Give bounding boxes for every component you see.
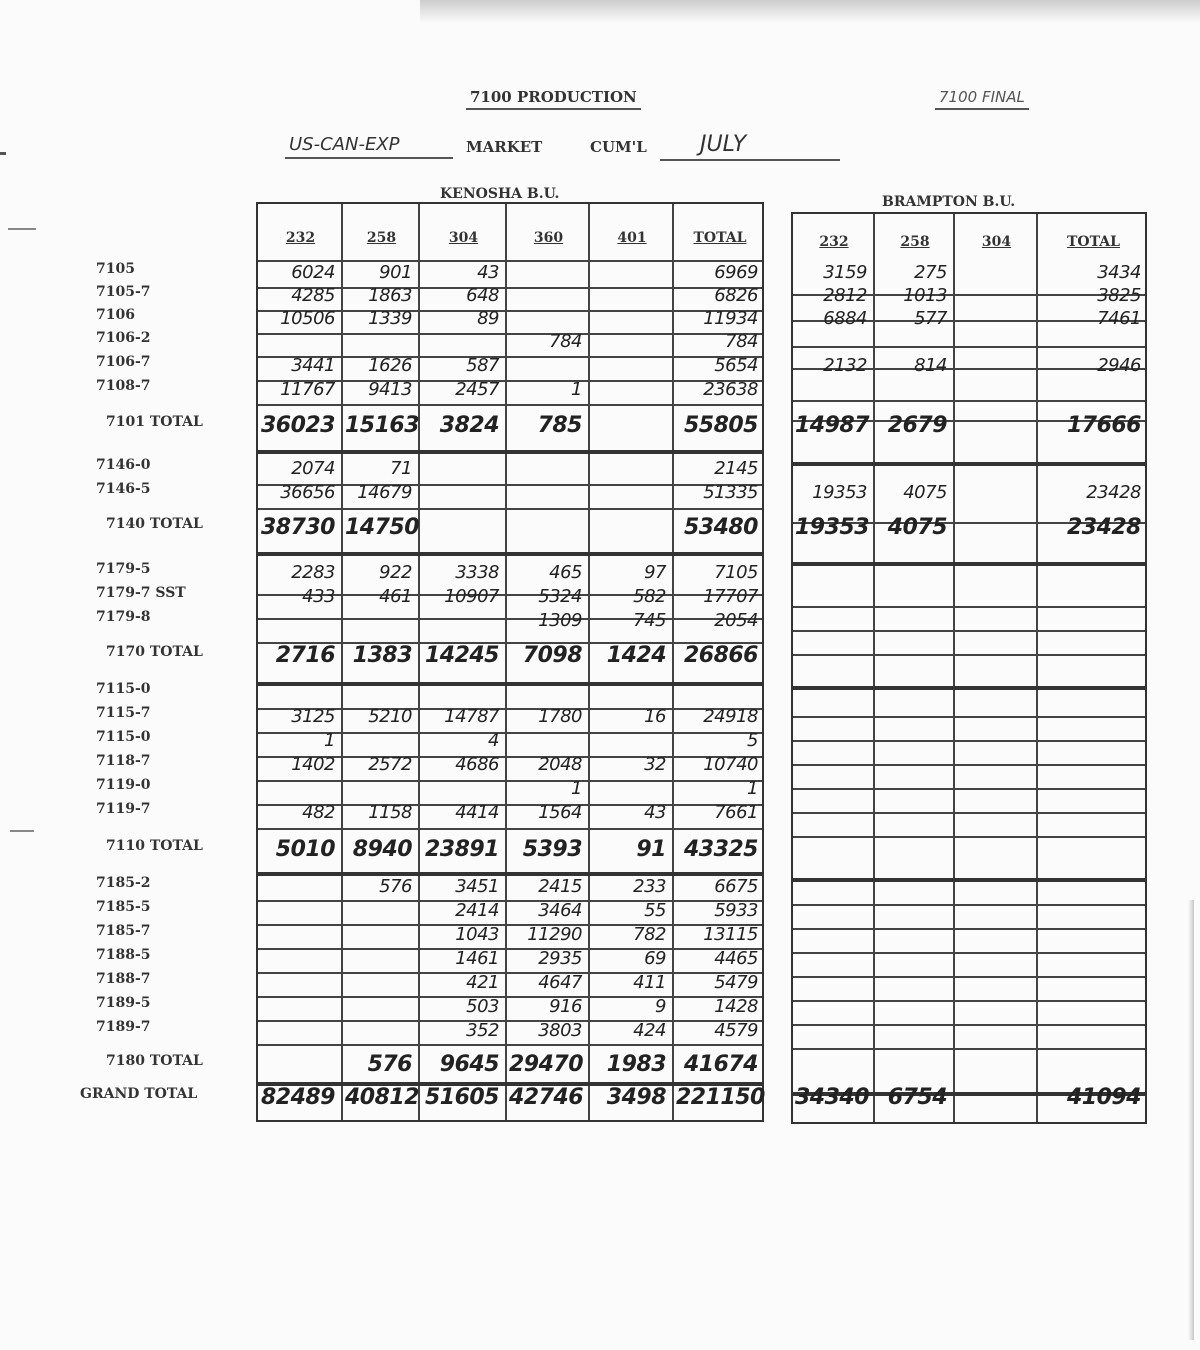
row-label: 7185-5 bbox=[96, 900, 151, 914]
value-cell: 784 bbox=[509, 331, 582, 352]
total-cell: 43325 bbox=[676, 837, 758, 862]
column-header: 232 bbox=[258, 230, 343, 246]
value-cell: 2074 bbox=[260, 458, 335, 479]
value-cell: 32 bbox=[592, 754, 666, 775]
total-cell: 8940 bbox=[345, 837, 412, 862]
value-cell: 1626 bbox=[345, 355, 412, 376]
kenosha-table: 232258304360401TOTAL60249014369694285186… bbox=[256, 202, 764, 1122]
value-cell: 482 bbox=[260, 802, 335, 823]
month-value: JULY bbox=[660, 132, 840, 161]
row-label: 7140 TOTAL bbox=[106, 517, 203, 531]
column-header: 401 bbox=[590, 230, 674, 246]
row-divider bbox=[793, 1024, 1145, 1026]
column-divider bbox=[588, 204, 590, 1120]
row-divider bbox=[258, 1044, 762, 1046]
value-cell: 2048 bbox=[509, 754, 582, 775]
value-cell: 922 bbox=[345, 562, 412, 583]
value-cell: 1863 bbox=[345, 285, 412, 306]
row-divider bbox=[793, 952, 1145, 954]
column-header: TOTAL bbox=[674, 230, 766, 246]
row-divider bbox=[793, 788, 1145, 790]
value-cell: 5479 bbox=[676, 972, 758, 993]
row-divider bbox=[793, 346, 1145, 348]
total-cell: 38730 bbox=[260, 515, 335, 540]
row-divider bbox=[258, 450, 762, 454]
value-cell: 17707 bbox=[676, 586, 758, 607]
value-cell: 784 bbox=[676, 331, 758, 352]
value-cell: 5210 bbox=[345, 706, 412, 727]
total-cell: 5393 bbox=[509, 837, 582, 862]
value-cell: 2054 bbox=[676, 610, 758, 631]
punch-mark bbox=[0, 152, 6, 155]
value-cell: 6969 bbox=[676, 262, 758, 283]
total-cell: 17666 bbox=[1040, 413, 1141, 438]
value-cell: 2457 bbox=[422, 379, 499, 400]
value-cell: 24918 bbox=[676, 706, 758, 727]
total-cell: 1424 bbox=[592, 643, 666, 668]
value-cell: 10907 bbox=[422, 586, 499, 607]
row-divider bbox=[793, 976, 1145, 978]
total-cell: 19353 bbox=[795, 515, 867, 540]
row-divider bbox=[793, 606, 1145, 608]
value-cell: 23638 bbox=[676, 379, 758, 400]
value-cell: 1043 bbox=[422, 924, 499, 945]
value-cell: 13115 bbox=[676, 924, 758, 945]
row-label: 7108-7 bbox=[96, 379, 151, 393]
row-label: 7189-5 bbox=[96, 996, 151, 1010]
row-divider bbox=[793, 904, 1145, 906]
total-cell: 9645 bbox=[422, 1052, 499, 1077]
value-cell: 1339 bbox=[345, 308, 412, 329]
row-divider bbox=[258, 508, 762, 510]
market-label: MARKET bbox=[466, 138, 542, 156]
value-cell: 6024 bbox=[260, 262, 335, 283]
row-divider bbox=[793, 740, 1145, 742]
row-label: 7179-7 SST bbox=[96, 586, 186, 600]
row-label: 7106-7 bbox=[96, 355, 151, 369]
column-divider bbox=[672, 204, 674, 1120]
column-divider bbox=[873, 214, 875, 1122]
total-cell: 42746 bbox=[509, 1085, 582, 1110]
kenosha-title: KENOSHA B.U. bbox=[440, 186, 559, 202]
row-label: 7185-7 bbox=[96, 924, 151, 938]
value-cell: 11934 bbox=[676, 308, 758, 329]
value-cell: 1309 bbox=[509, 610, 582, 631]
value-cell: 4579 bbox=[676, 1020, 758, 1041]
row-divider bbox=[793, 1000, 1145, 1002]
value-cell: 1 bbox=[509, 379, 582, 400]
value-cell: 97 bbox=[592, 562, 666, 583]
value-cell: 7661 bbox=[676, 802, 758, 823]
value-cell: 16 bbox=[592, 706, 666, 727]
value-cell: 3441 bbox=[260, 355, 335, 376]
value-cell: 503 bbox=[422, 996, 499, 1017]
value-cell: 648 bbox=[422, 285, 499, 306]
total-cell: 55805 bbox=[676, 413, 758, 438]
value-cell: 2283 bbox=[260, 562, 335, 583]
scan-artifact-top bbox=[420, 0, 1200, 22]
value-cell: 4075 bbox=[877, 482, 947, 503]
punch-mark bbox=[10, 830, 34, 832]
total-cell: 221150 bbox=[676, 1085, 758, 1110]
value-cell: 5 bbox=[676, 730, 758, 751]
cum-label: CUM'L bbox=[590, 138, 647, 156]
brampton-title: BRAMPTON B.U. bbox=[882, 194, 1015, 210]
row-label: 7146-0 bbox=[96, 458, 151, 472]
punch-mark bbox=[8, 228, 36, 230]
total-cell: 1383 bbox=[345, 643, 412, 668]
row-label: 7189-7 bbox=[96, 1020, 151, 1034]
value-cell: 2812 bbox=[795, 285, 867, 306]
value-cell: 36656 bbox=[260, 482, 335, 503]
row-divider bbox=[258, 552, 762, 556]
value-cell: 19353 bbox=[795, 482, 867, 503]
value-cell: 10740 bbox=[676, 754, 758, 775]
column-header: 258 bbox=[343, 230, 420, 246]
value-cell: 11767 bbox=[260, 379, 335, 400]
value-cell: 233 bbox=[592, 876, 666, 897]
row-divider bbox=[258, 828, 762, 830]
value-cell: 782 bbox=[592, 924, 666, 945]
row-divider bbox=[793, 812, 1145, 814]
value-cell: 2572 bbox=[345, 754, 412, 775]
value-cell: 3464 bbox=[509, 900, 582, 921]
value-cell: 465 bbox=[509, 562, 582, 583]
value-cell: 461 bbox=[345, 586, 412, 607]
row-label: 7170 TOTAL bbox=[106, 645, 203, 659]
value-cell: 2415 bbox=[509, 876, 582, 897]
value-cell: 433 bbox=[260, 586, 335, 607]
row-divider bbox=[793, 400, 1145, 402]
row-divider bbox=[793, 630, 1145, 632]
value-cell: 2946 bbox=[1040, 355, 1141, 376]
value-cell: 424 bbox=[592, 1020, 666, 1041]
row-divider bbox=[793, 562, 1145, 566]
value-cell: 4647 bbox=[509, 972, 582, 993]
value-cell: 1564 bbox=[509, 802, 582, 823]
row-divider bbox=[793, 836, 1145, 838]
value-cell: 3451 bbox=[422, 876, 499, 897]
column-header: 360 bbox=[507, 230, 590, 246]
value-cell: 7461 bbox=[1040, 308, 1141, 329]
value-cell: 14679 bbox=[345, 482, 412, 503]
row-label: 7115-0 bbox=[96, 730, 151, 744]
total-cell: 40812 bbox=[345, 1085, 412, 1110]
brampton-table: 232258304TOTAL31592753434281210133825688… bbox=[791, 212, 1147, 1124]
column-header: 304 bbox=[955, 234, 1038, 250]
value-cell: 2132 bbox=[795, 355, 867, 376]
value-cell: 352 bbox=[422, 1020, 499, 1041]
value-cell: 1013 bbox=[877, 285, 947, 306]
value-cell: 901 bbox=[345, 262, 412, 283]
total-cell: 2679 bbox=[877, 413, 947, 438]
column-header: 304 bbox=[420, 230, 507, 246]
value-cell: 1402 bbox=[260, 754, 335, 775]
value-cell: 11290 bbox=[509, 924, 582, 945]
value-cell: 9413 bbox=[345, 379, 412, 400]
column-header: 232 bbox=[793, 234, 875, 250]
total-cell: 91 bbox=[592, 837, 666, 862]
row-label: 7179-5 bbox=[96, 562, 151, 576]
row-label: 7118-7 bbox=[96, 754, 151, 768]
row-divider bbox=[793, 686, 1145, 690]
value-cell: 4686 bbox=[422, 754, 499, 775]
row-label: 7180 TOTAL bbox=[106, 1054, 203, 1068]
value-cell: 7105 bbox=[676, 562, 758, 583]
value-cell: 577 bbox=[877, 308, 947, 329]
value-cell: 275 bbox=[877, 262, 947, 283]
market-value: US-CAN-EXP bbox=[285, 134, 453, 159]
total-cell: 15163 bbox=[345, 413, 412, 438]
total-cell: 41094 bbox=[1040, 1085, 1141, 1110]
value-cell: 4414 bbox=[422, 802, 499, 823]
total-cell: 2716 bbox=[260, 643, 335, 668]
value-cell: 2935 bbox=[509, 948, 582, 969]
total-cell: 29470 bbox=[509, 1052, 582, 1077]
value-cell: 916 bbox=[509, 996, 582, 1017]
row-divider bbox=[793, 928, 1145, 930]
row-divider bbox=[258, 682, 762, 686]
row-label: 7105-7 bbox=[96, 285, 151, 299]
final-stamp: 7100 FINAL bbox=[935, 88, 1029, 110]
row-label: 7119-7 bbox=[96, 802, 151, 816]
row-label: 7188-5 bbox=[96, 948, 151, 962]
value-cell: 43 bbox=[592, 802, 666, 823]
value-cell: 4 bbox=[422, 730, 499, 751]
value-cell: 814 bbox=[877, 355, 947, 376]
total-cell: 785 bbox=[509, 413, 582, 438]
value-cell: 1461 bbox=[422, 948, 499, 969]
document-title: 7100 PRODUCTION bbox=[466, 88, 641, 110]
row-divider bbox=[793, 462, 1145, 466]
total-cell: 14750 bbox=[345, 515, 412, 540]
value-cell: 14787 bbox=[422, 706, 499, 727]
value-cell: 1 bbox=[676, 778, 758, 799]
value-cell: 3825 bbox=[1040, 285, 1141, 306]
row-label: 7115-7 bbox=[96, 706, 151, 720]
value-cell: 582 bbox=[592, 586, 666, 607]
value-cell: 23428 bbox=[1040, 482, 1141, 503]
total-cell: 51605 bbox=[422, 1085, 499, 1110]
value-cell: 4285 bbox=[260, 285, 335, 306]
total-cell: 5010 bbox=[260, 837, 335, 862]
row-label: 7179-8 bbox=[96, 610, 151, 624]
value-cell: 89 bbox=[422, 308, 499, 329]
column-divider bbox=[418, 204, 420, 1120]
value-cell: 587 bbox=[422, 355, 499, 376]
row-divider bbox=[793, 878, 1145, 882]
total-cell: 41674 bbox=[676, 1052, 758, 1077]
total-cell: 576 bbox=[345, 1052, 412, 1077]
column-divider bbox=[341, 204, 343, 1120]
total-cell: 34340 bbox=[795, 1085, 867, 1110]
total-cell: 26866 bbox=[676, 643, 758, 668]
row-label: 7110 TOTAL bbox=[106, 839, 203, 853]
column-header: TOTAL bbox=[1038, 234, 1149, 250]
value-cell: 4465 bbox=[676, 948, 758, 969]
value-cell: 1 bbox=[260, 730, 335, 751]
row-divider bbox=[793, 764, 1145, 766]
row-divider bbox=[793, 716, 1145, 718]
column-header: 258 bbox=[875, 234, 955, 250]
column-divider bbox=[505, 204, 507, 1120]
total-cell: 53480 bbox=[676, 515, 758, 540]
value-cell: 2414 bbox=[422, 900, 499, 921]
row-label: 7115-0 bbox=[96, 682, 151, 696]
value-cell: 2145 bbox=[676, 458, 758, 479]
row-label: 7106-2 bbox=[96, 331, 151, 345]
value-cell: 9 bbox=[592, 996, 666, 1017]
total-cell: 23428 bbox=[1040, 515, 1141, 540]
value-cell: 3125 bbox=[260, 706, 335, 727]
value-cell: 10506 bbox=[260, 308, 335, 329]
value-cell: 3803 bbox=[509, 1020, 582, 1041]
scan-artifact-right bbox=[1188, 900, 1194, 1340]
value-cell: 1780 bbox=[509, 706, 582, 727]
value-cell: 1428 bbox=[676, 996, 758, 1017]
total-cell: 3498 bbox=[592, 1085, 666, 1110]
total-cell: 1983 bbox=[592, 1052, 666, 1077]
value-cell: 3434 bbox=[1040, 262, 1141, 283]
value-cell: 71 bbox=[345, 458, 412, 479]
value-cell: 5933 bbox=[676, 900, 758, 921]
row-divider bbox=[258, 404, 762, 406]
value-cell: 6675 bbox=[676, 876, 758, 897]
total-cell: 14987 bbox=[795, 413, 867, 438]
row-label: GRAND TOTAL bbox=[80, 1087, 197, 1101]
value-cell: 51335 bbox=[676, 482, 758, 503]
row-divider bbox=[793, 654, 1145, 656]
value-cell: 5324 bbox=[509, 586, 582, 607]
value-cell: 6884 bbox=[795, 308, 867, 329]
total-cell: 36023 bbox=[260, 413, 335, 438]
value-cell: 5654 bbox=[676, 355, 758, 376]
value-cell: 3159 bbox=[795, 262, 867, 283]
total-cell: 14245 bbox=[422, 643, 499, 668]
value-cell: 6826 bbox=[676, 285, 758, 306]
total-cell: 4075 bbox=[877, 515, 947, 540]
total-cell: 3824 bbox=[422, 413, 499, 438]
row-label: 7101 TOTAL bbox=[106, 415, 203, 429]
total-cell: 82489 bbox=[260, 1085, 335, 1110]
value-cell: 69 bbox=[592, 948, 666, 969]
row-label: 7105 bbox=[96, 262, 135, 276]
row-label: 7106 bbox=[96, 308, 135, 322]
row-label: 7119-0 bbox=[96, 778, 151, 792]
total-cell: 7098 bbox=[509, 643, 582, 668]
row-label: 7188-7 bbox=[96, 972, 151, 986]
value-cell: 411 bbox=[592, 972, 666, 993]
value-cell: 1158 bbox=[345, 802, 412, 823]
value-cell: 576 bbox=[345, 876, 412, 897]
total-cell: 23891 bbox=[422, 837, 499, 862]
value-cell: 55 bbox=[592, 900, 666, 921]
value-cell: 3338 bbox=[422, 562, 499, 583]
total-cell: 6754 bbox=[877, 1085, 947, 1110]
value-cell: 745 bbox=[592, 610, 666, 631]
value-cell: 43 bbox=[422, 262, 499, 283]
row-label: 7185-2 bbox=[96, 876, 151, 890]
row-label: 7146-5 bbox=[96, 482, 151, 496]
column-divider bbox=[1036, 214, 1038, 1122]
column-divider bbox=[953, 214, 955, 1122]
value-cell: 1 bbox=[509, 778, 582, 799]
row-divider bbox=[793, 1048, 1145, 1050]
value-cell: 421 bbox=[422, 972, 499, 993]
